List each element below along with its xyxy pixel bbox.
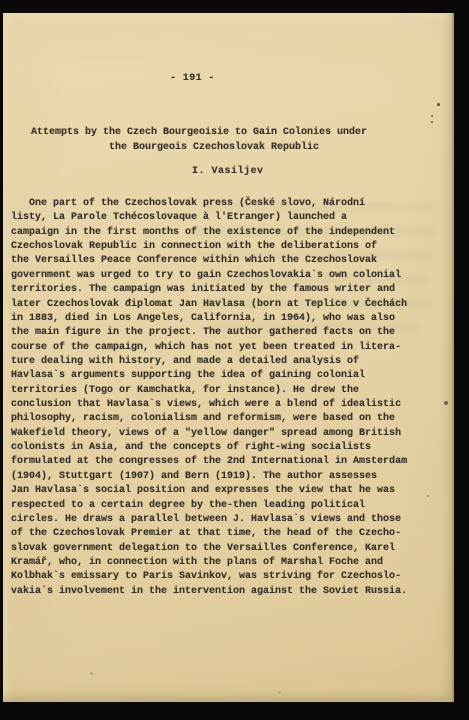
body-text-line: (1904), Stuttgart (1907) and Bern (1919)… xyxy=(11,470,441,484)
body-text-line: course of the campaign, which has not ye… xyxy=(11,341,441,355)
body-text-line: respected to a certain degree by the-the… xyxy=(11,499,441,513)
body-text-line: of the Czechoslovak Premier at that time… xyxy=(11,527,441,541)
body-text-line: colonists in Asia, and the concepts of r… xyxy=(11,441,441,455)
paper-speck xyxy=(427,495,429,497)
body-text-line: philosophy, racism, colonialism and refo… xyxy=(11,412,441,426)
document-title-line-1: Attempts by the Czech Bourgeoisie to Gai… xyxy=(31,127,367,138)
body-text-line: ture dealing with history, and made a de… xyxy=(11,355,441,369)
paper-speck xyxy=(90,672,93,675)
body-text-line: later Czechoslovak điplomat Jan Havlasa … xyxy=(11,298,441,312)
body-text-line: Kramář, who, in connection with the plan… xyxy=(11,556,441,570)
body-text-line: territories. The campaign was initiated … xyxy=(11,283,441,297)
paper-speck xyxy=(278,691,281,694)
document-title-line-2: the Bourgeois Czechoslovak Republic xyxy=(109,142,319,153)
paper-speck xyxy=(431,121,433,123)
body-text-line: Havlasa`s arguments supporting the idea … xyxy=(11,369,441,383)
paper-edge-shadow xyxy=(452,13,454,702)
author-name: I. Vasiljev xyxy=(192,166,264,177)
body-text-line: Kolbhak`s emissary to Paris Savinkov, wa… xyxy=(11,570,441,584)
paper-speck xyxy=(431,115,433,117)
body-text-line: the main figure in the project. The auth… xyxy=(11,326,441,340)
paper-speck xyxy=(437,103,440,106)
scanned-page: - 191 - Attempts by the Czech Bourgeoisi… xyxy=(0,0,469,720)
body-text-line: conclusion that Havlasa`s views, which w… xyxy=(11,398,441,412)
body-text-line: slovak government delegation to the Vers… xyxy=(11,542,441,556)
abstract-body: One part of the Czechoslovak press (Česk… xyxy=(11,197,441,599)
body-text-line: One part of the Czechoslovak press (Česk… xyxy=(11,197,441,211)
body-text-line: government was urged to try to gain Czec… xyxy=(11,269,441,283)
page-number: - 191 - xyxy=(170,73,215,84)
body-text-line: in 1883, died in Los Angeles, California… xyxy=(11,312,441,326)
body-text-line: vakia`s involvement in the intervention … xyxy=(11,585,441,599)
body-text-line: territories (Togo or Kamchatka, for inst… xyxy=(11,384,441,398)
body-text-line: formulated at the congresses of the 2nd … xyxy=(11,455,441,469)
body-text-line: Wakefield theory, views of a "yellow dan… xyxy=(11,427,441,441)
paper-sheet: - 191 - Attempts by the Czech Bourgeoisi… xyxy=(3,13,454,702)
body-text-line: campaign in the first months of the exis… xyxy=(11,226,441,240)
paper-speck xyxy=(150,366,153,369)
paper-speck xyxy=(444,401,448,405)
body-text-line: listy, La Parole Tchécoslovaque à l'Etra… xyxy=(11,211,441,225)
body-text-line: circles. He draws a parallel between J. … xyxy=(11,513,441,527)
body-text-line: the Versailles Peace Conference within w… xyxy=(11,254,441,268)
body-text-line: Czechoslovak Republic in connection with… xyxy=(11,240,441,254)
body-text-line: Jan Havlasa`s social position and expres… xyxy=(11,484,441,498)
